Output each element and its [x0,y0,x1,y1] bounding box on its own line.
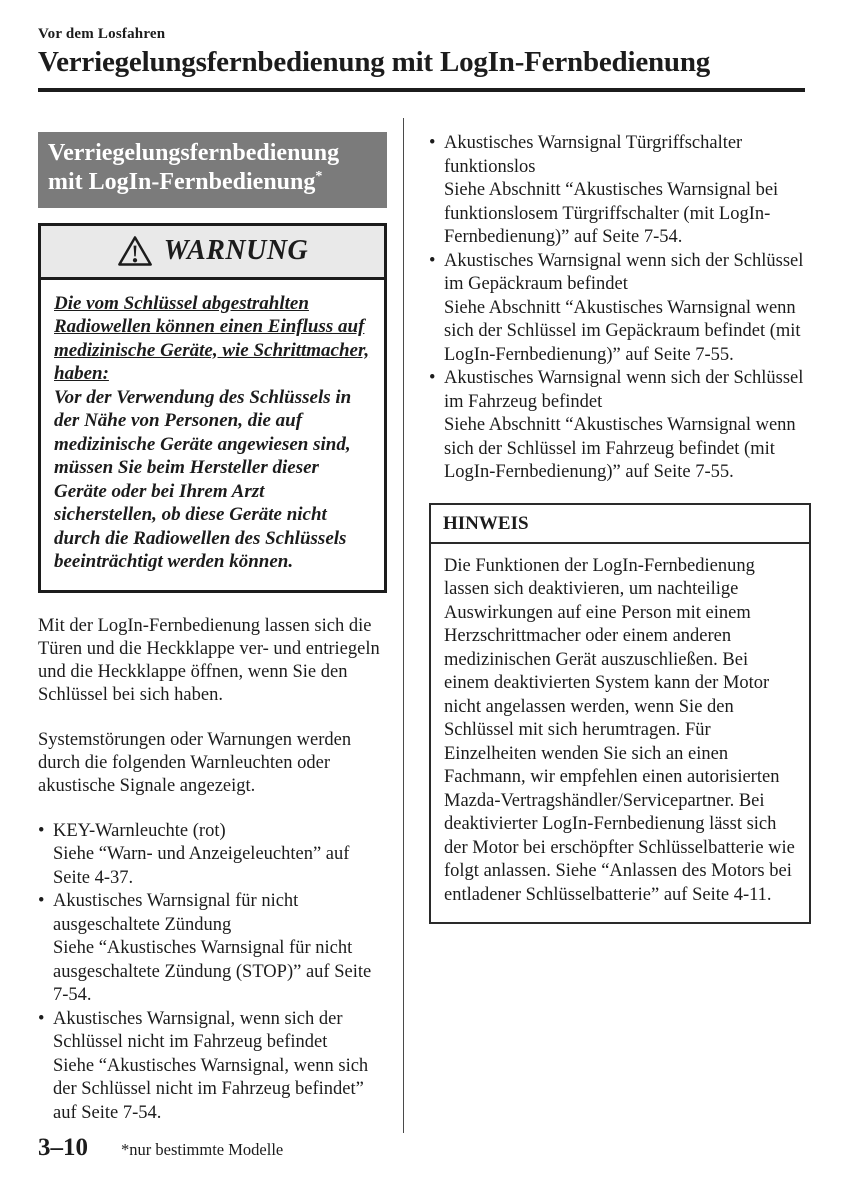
warning-header: WARNUNG [41,226,384,280]
warning-triangle-icon [117,235,153,267]
bullet-marker: • [38,820,53,891]
bullet-reference: Siehe Abschnitt “Akustisches Warnsignal … [444,179,811,250]
note-box: HINWEIS Die Funktionen der LogIn-Fernbed… [429,503,811,925]
page-title: Verriegelungsfernbedienung mit LogIn-Fer… [38,46,805,79]
bullet-reference: Siehe “Akustisches Warnsignal, wenn sich… [53,1055,387,1126]
bullet-marker: • [429,132,444,250]
warning-detail-text: Vor der Verwendung des Schlüssels in der… [54,387,351,573]
left-column: Verriegelungsfernbedienung mit LogIn-Fer… [38,132,387,1125]
warning-signal-list-left: • KEY-Warnleuchte (rot) Siehe “Warn- und… [38,820,387,1126]
warning-title: WARNUNG [164,235,309,267]
page-header: Vor dem Losfahren Verriegelungsfernbedie… [0,0,845,92]
content-columns: Verriegelungsfernbedienung mit LogIn-Fer… [0,132,845,1125]
list-item: • KEY-Warnleuchte (rot) Siehe “Warn- und… [38,820,387,891]
bullet-reference: Siehe Abschnitt “Akustisches Warnsignal … [444,414,811,485]
section-title-box: Verriegelungsfernbedienung mit LogIn-Fer… [38,132,387,208]
section-title-line1: Verriegelungsfernbedienung [48,139,377,168]
body-paragraph: Systemstörungen oder Warnungen werden du… [38,729,387,798]
bullet-label: Akustisches Warnsignal wenn sich der Sch… [444,367,811,414]
list-item: • Akustisches Warnsignal, wenn sich der … [38,1008,387,1126]
bullet-marker: • [429,367,444,485]
warning-signal-list-right: • Akustisches Warnsignal Türgriffschalte… [429,132,811,485]
bullet-label: KEY-Warnleuchte (rot) [53,820,387,844]
page-number: 3–10 [38,1134,88,1162]
bullet-label: Akustisches Warnsignal, wenn sich der Sc… [53,1008,387,1055]
warning-box: WARNUNG Die vom Schlüssel abgestrahlten … [38,223,387,593]
footnote-asterisk: * [315,169,322,184]
warning-body: Die vom Schlüssel abgestrahlten Radiowel… [41,280,384,590]
bullet-reference: Siehe Abschnitt “Akustisches Warnsignal … [444,297,811,368]
body-paragraph: Mit der LogIn-Fernbedienung lassen sich … [38,615,387,707]
bullet-marker: • [429,250,444,368]
bullet-reference: Siehe “Akustisches Warnsignal für nicht … [53,937,387,1008]
right-column: • Akustisches Warnsignal Türgriffschalte… [429,132,811,1125]
bullet-marker: • [38,1008,53,1126]
section-title-line2: mit LogIn-Fernbedienung* [48,168,377,197]
bullet-marker: • [38,890,53,1008]
page-footer: 3–10 *nur bestimmte Modelle [38,1134,283,1162]
footer-footnote: *nur bestimmte Modelle [121,1140,283,1160]
note-body: Die Funktionen der LogIn-Fernbedienung l… [431,544,809,923]
chapter-label: Vor dem Losfahren [38,26,805,43]
column-divider [403,118,404,1133]
list-item: • Akustisches Warnsignal Türgriffschalte… [429,132,811,250]
bullet-label: Akustisches Warnsignal wenn sich der Sch… [444,250,811,297]
bullet-label: Akustisches Warnsignal Türgriffschalter … [444,132,811,179]
header-rule [38,88,805,92]
warning-lead-text: Die vom Schlüssel abgestrahlten Radiowel… [54,293,369,385]
note-title: HINWEIS [431,505,809,544]
bullet-label: Akustisches Warnsignal für nicht ausgesc… [53,890,387,937]
manual-page: Vor dem Losfahren Verriegelungsfernbedie… [0,0,845,1200]
list-item: • Akustisches Warnsignal wenn sich der S… [429,250,811,368]
list-item: • Akustisches Warnsignal für nicht ausge… [38,890,387,1008]
list-item: • Akustisches Warnsignal wenn sich der S… [429,367,811,485]
bullet-reference: Siehe “Warn- und Anzeigeleuchten” auf Se… [53,843,387,890]
